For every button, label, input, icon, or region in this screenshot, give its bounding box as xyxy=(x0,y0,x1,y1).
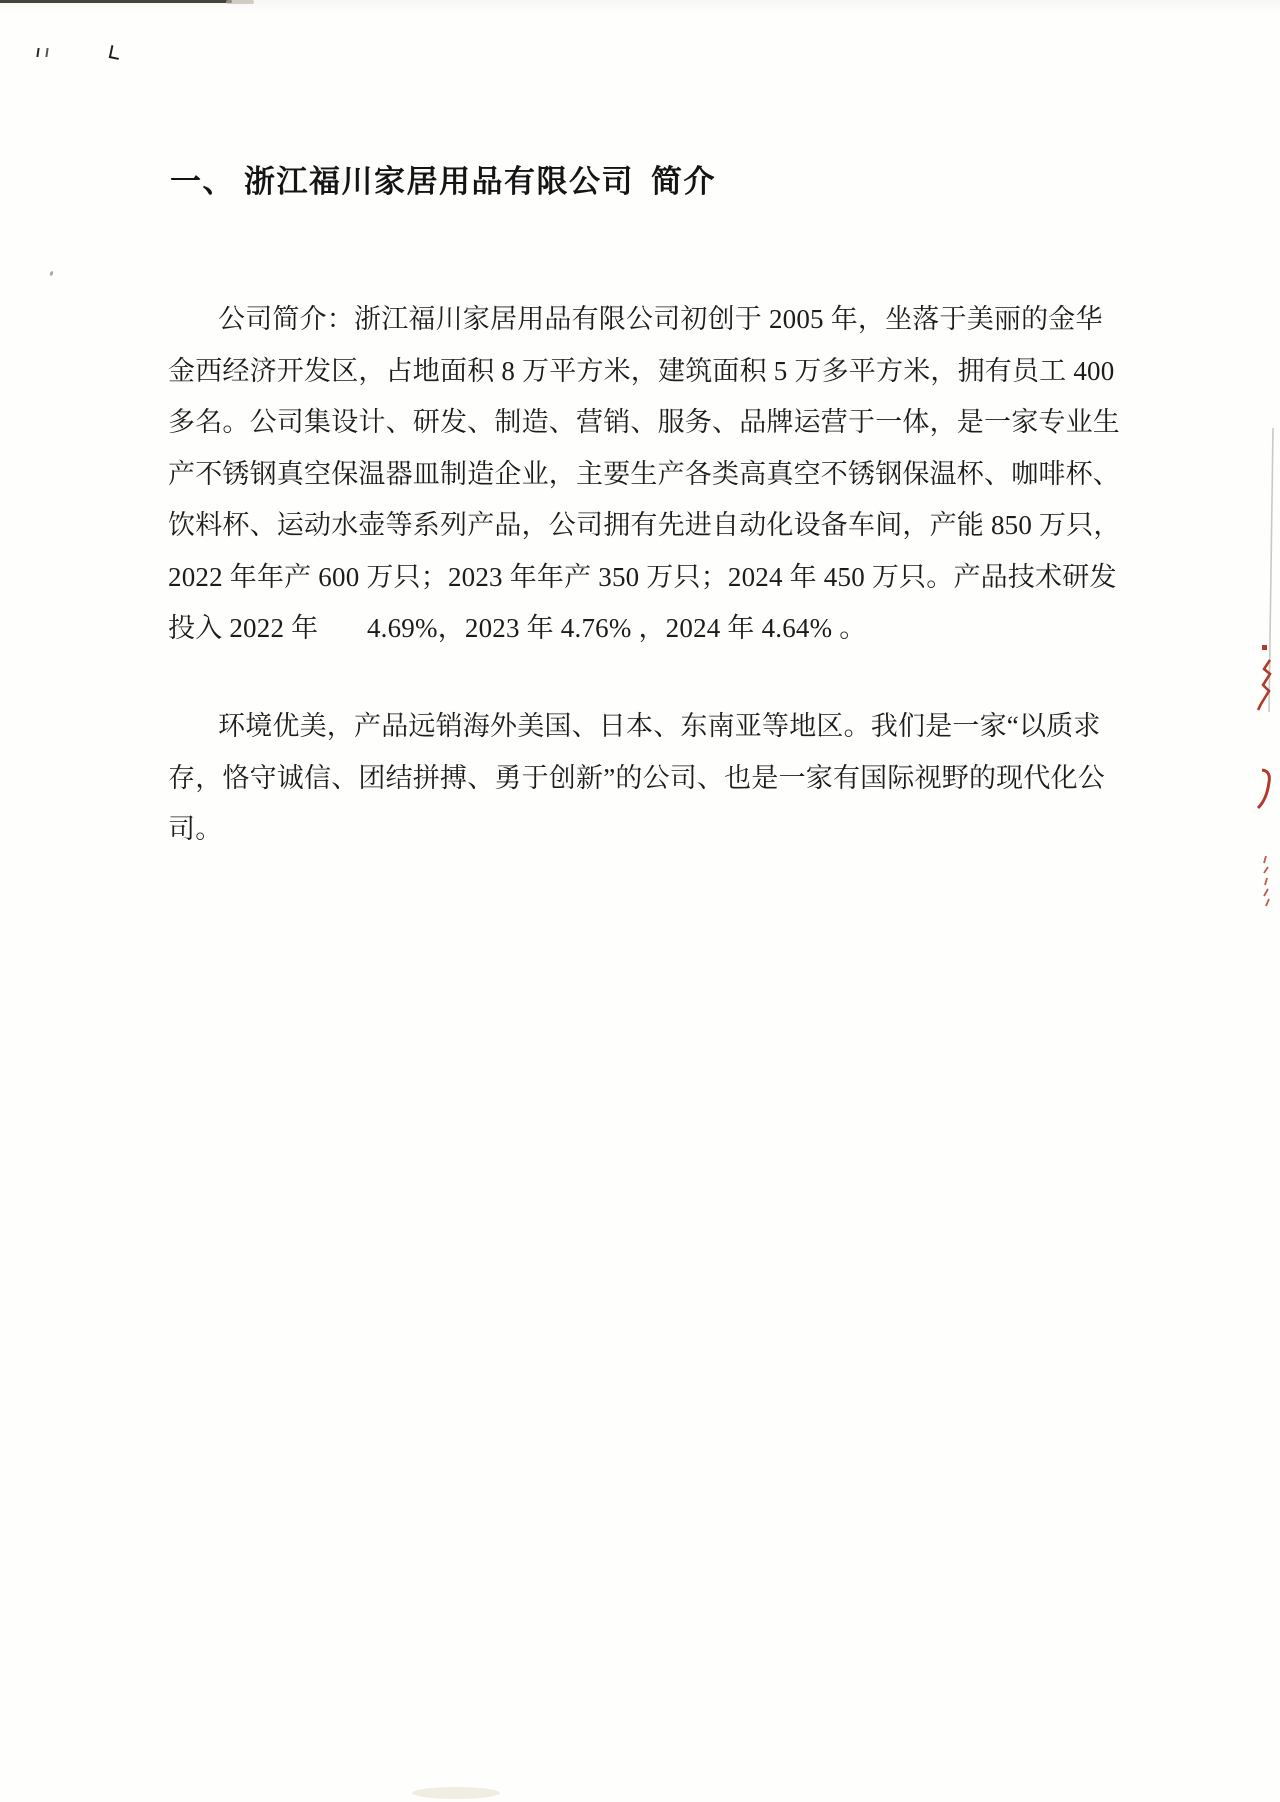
section-heading: 一、浙江福川家居用品有限公司简介 xyxy=(170,160,716,204)
text-line: 饮料杯、运动水壶等系列产品，公司拥有先进自动化设备车间，产能 850 万只， xyxy=(168,500,1108,552)
text-line: 投入 2022 年 4.69%，2023 年 4.76% ，2024 年 4.6… xyxy=(168,603,1108,655)
scan-artifact-top-edge-line xyxy=(0,0,232,3)
scan-smudge-bottom xyxy=(412,1787,500,1799)
text-line: 金西经济开发区，占地面积 8 万平方米，建筑面积 5 万多平方米，拥有员工 40… xyxy=(168,346,1108,398)
red-ink-dot xyxy=(1262,645,1267,650)
red-ink-dashes xyxy=(1264,856,1269,906)
text-line: 环境优美，产品远销海外美国、日本、东南亚等地区。我们是一家“以质求 xyxy=(168,701,1108,753)
red-ink-hook xyxy=(1258,770,1269,808)
scan-speck-right xyxy=(109,45,121,60)
text-line: 司。 xyxy=(168,804,1108,856)
paragraph-company-intro: 公司简介：浙江福川家居用品有限公司初创于 2005 年，坐落于美丽的金华 金西经… xyxy=(168,294,1108,655)
heading-number: 一、 xyxy=(170,164,235,199)
text-line: 存，恪守诚信、团结拼搏、勇于创新”的公司、也是一家有国际视野的现代化公 xyxy=(168,753,1108,805)
scan-artifact-top-edge-fade xyxy=(226,0,254,4)
heading-company-name: 浙江福川家居用品有限公司 xyxy=(244,164,634,199)
text-line: 多名。公司集设计、研发、制造、营销、服务、品牌运营于一体，是一家专业生 xyxy=(168,397,1108,449)
document-page: 一、浙江福川家居用品有限公司简介 公司简介：浙江福川家居用品有限公司初创于 20… xyxy=(0,0,1280,1802)
heading-suffix: 简介 xyxy=(651,164,716,199)
text-line: 2022 年年产 600 万只；2023 年年产 350 万只；2024 年 4… xyxy=(168,552,1108,604)
text-line: 产不锈钢真空保温器皿制造企业，主要生产各类高真空不锈钢保温杯、咖啡杯、 xyxy=(168,449,1108,501)
scan-speck-margin xyxy=(49,271,54,277)
red-ink-squiggle xyxy=(1258,660,1270,710)
scan-speck-left xyxy=(36,48,48,57)
paragraph-environment: 环境优美，产品远销海外美国、日本、东南亚等地区。我们是一家“以质求 存，恪守诚信… xyxy=(168,701,1108,856)
page-edge-shadow-line xyxy=(1269,428,1273,712)
red-ink-edge-marks xyxy=(1253,420,1280,920)
text-line: 公司简介：浙江福川家居用品有限公司初创于 2005 年，坐落于美丽的金华 xyxy=(168,294,1108,346)
